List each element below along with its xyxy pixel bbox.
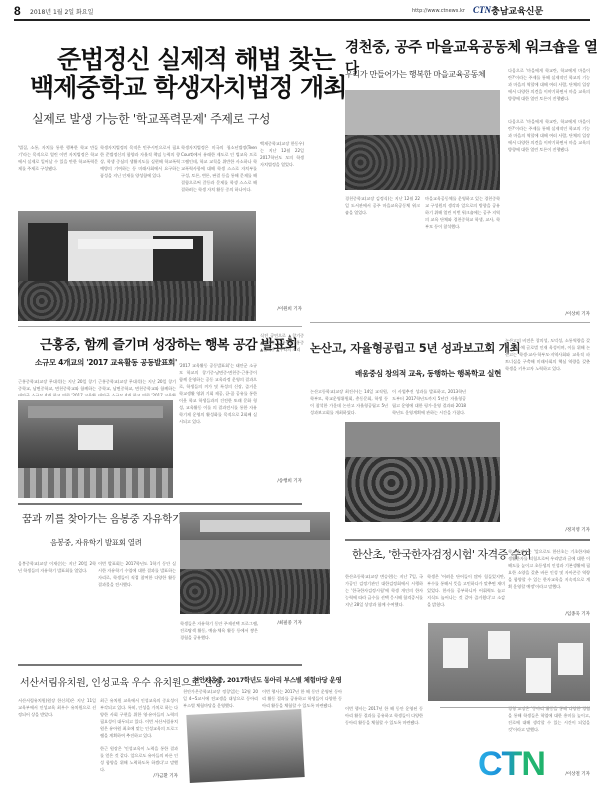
article-gyeongcheon-body-col-right: 다음으로 '마을에게 학교란, 학교에게 마을이란?'이라는 주제를 통해 실제… — [508, 67, 590, 115]
article-geunhong-photo — [18, 400, 173, 498]
article-cheonan-body-col2: 이번 행사는 2017년 한 해 동안 운영된 동아리 활동 결과를 공유하고 … — [262, 688, 342, 778]
article-seosan-byline: /가금환 기자 — [130, 773, 178, 779]
article-gyeongcheon-byline: /이상희 기자 — [540, 311, 590, 317]
article-baekje-byline: /이원희 기자 — [258, 306, 302, 312]
article-seosan-body-col1: 서산서림유치원(원장 한신희)은 지난 11일 교육부에서 인성교육 최우수 유… — [18, 697, 96, 777]
article-gyeongcheon-body-col3: 다음으로 '마을에게 학교란, 학교에게 마을이란?'이라는 주제를 통해 실제… — [508, 118, 590, 298]
article-nonsan-photo — [345, 422, 500, 522]
article-hansan-body-col2: 학생은 '어려운 단어들이 많아 힘들었지만, 부수를 통해서 뜻을 고민하다가… — [427, 573, 505, 628]
article-baekje-photo — [18, 211, 256, 321]
section-rule — [440, 707, 590, 708]
section-rule — [18, 326, 302, 327]
article-eumbong-photo — [180, 512, 330, 614]
article-baekje-body-col3: 학생자치법정은 미국의 청소년법정(Teen Court)에서 유래한 제도로 … — [181, 144, 257, 214]
site-url[interactable]: http://www.ctnews.kr — [412, 8, 465, 14]
article-geunhong-body-col4: 식전 공연으로 ▲창기중 ▲남면중, 근홍중, 근홍중 ▲관악부 ▲우리의 소리 — [260, 332, 304, 492]
article-hansan-byline: /임종욱 기자 — [540, 611, 590, 617]
paper-name: 충남교육신문 — [491, 4, 543, 17]
article-cheonan-body-col3: 이번 행사는 2017년 한 해 동안 운영된 동아리 활동 결과를 공유하고 … — [345, 705, 423, 770]
article-nonsan-headline: 논산고, 자율형공립고 5년 성과보고회 개최 — [310, 340, 520, 356]
section-rule — [18, 503, 302, 505]
article-cheonan-headline: 천안가온중, 2017학년도 동아리 부스별 체험마당 운영 — [193, 675, 341, 684]
article-geunhong-headline: 근홍중, 함께 즐기며 성장하는 행복 공감 발표회 — [40, 334, 297, 353]
article-eumbong-headline: 꿈과 끼를 찾아가는 음봉중 자유학기 발표 — [22, 511, 205, 526]
issue-date: 2018년 1월 2일 화요일 — [30, 7, 93, 16]
article-cheonan-body-col4: 경청 교장은 '동아리 활동을 통해 다양한 경험을 통해 학생들은 학업에 대… — [508, 705, 590, 745]
ctn-brand-logo: CTN — [478, 745, 545, 784]
article-eumbong-body-col3: 학생들은 자유학기 동안 주제선택 프로그램, 진로탐색 활동, 예술·체육 활… — [180, 620, 258, 648]
header-rule — [14, 19, 590, 21]
article-gyeongcheon-photo — [345, 90, 500, 190]
article-eumbong-byline: /최필중 기자 — [258, 620, 302, 626]
article-geunhong-body-col3: '2017 교육활동 공동발표회'는 태안군 소규모 학교의 창기중·남면중·면… — [179, 362, 257, 498]
article-cheonan-body-col1: 천안가온중학교(교장 정창일)는 12월 20일 4~5교시에 전교생을 대상으… — [183, 688, 258, 708]
article-eumbong-subhead: 음봉중, 자유학기 발표회 열려 — [50, 537, 142, 548]
article-eumbong-body-col2: 이번 발표회는 2017학년도 1학기 동안 실시한 자유학기 수업에 대한 결… — [98, 560, 176, 645]
article-nonsan-body-col3: 논산고의 비전은 창의성, 도덕성, 소통역량을 갖춘 지·덕·체 글로벌 인재… — [505, 337, 590, 497]
article-seosan-body-col2b: 한근 원장은 '인성교육이 노력을 통한 결과를 얻은 것 같다. 앞으로도 유… — [100, 745, 178, 775]
article-baekje-body-col4: 백제중학교(교장 한동우)는 지난 12월 22일 2017학년도 모의 학생자… — [260, 140, 304, 320]
section-rule — [18, 664, 302, 666]
article-baekje-subhead: 실제로 발생 가능한 '학교폭력문제' 주제로 구성 — [32, 110, 270, 127]
article-geunhong-subhead: 소규모 4개교의 '2017 교육활동 공동발표회' — [35, 357, 177, 368]
article-seosan-headline: 서산서림유치원, 인성교육 우수 유치원으로 선정 — [20, 674, 222, 689]
brand-logo-small: CTN — [473, 5, 491, 15]
article-baekje-body-col2: 학생자치법정의 목적은 민주시민으로서 필요한 준법정신의 함양과 자율적 책임… — [100, 144, 180, 214]
article-hansan-photo — [428, 623, 590, 701]
page-number: 8 — [14, 4, 21, 18]
article-geunhong-body-col1: 근홍중학교(교장 무대석)는 지난 20일 창기중학교, 남면중학교, 면천중학… — [18, 378, 96, 396]
article-hansan-body-col1: 한산초등학교(교장 변승현)는 지난 7일, 국가공인 검정기관인 대한검정회에… — [345, 573, 423, 703]
section-rule — [345, 539, 590, 541]
article-hansan-body-col3: 학교관계자는 '앞으로도 한산초는 기초한자와 생활한자를 익힘으로써 우리말과… — [508, 548, 590, 618]
article-gyeongcheon-subhead: 우리가 만들어가는 행복한 마을교육공동체 — [345, 69, 485, 80]
section-rule — [310, 322, 590, 323]
article-baekje-headline-2: 백제중학교 학생자치법정 개최 — [30, 68, 346, 104]
article-geunhong-body-col2: 근홍중학교(교장 무대석)는 지난 20일 창기중학교, 남면중학교, 면천중학… — [98, 378, 176, 396]
article-hansan-headline: 한산초, '한국한자검정시험' 자격증 수여 — [352, 546, 531, 562]
article-baekje-body-col1: '법질, 소통, 자치를 통한 행복한 학교 만들기'라는 목적으로 열린 이번… — [18, 144, 98, 214]
article-nonsan-byline: /정지영 기자 — [540, 527, 590, 533]
article-nonsan-subhead: 배움중심 창의적 교육, 동행하는 행복학교 실현 — [355, 368, 501, 379]
article-geunhong-byline: /송행희 기자 — [258, 478, 302, 484]
article-gyeongcheon-body-col1: 경천중학교(교장 김정식)는 지난 12월 22일 도서관에서 공주 마을교육공… — [345, 195, 420, 285]
article-eumbong-body-col1: 음봉중학교(교장 이재순)는 지난 20일 2학년 학생들의 자유학기 발표회를… — [18, 560, 96, 645]
article-gyeongcheon-body-col2: 마을교육공동체를 운영하고 있는 경천중학교 구성원의 생각과 앞으로의 방향을… — [425, 195, 500, 285]
article-cheonan-byline: /이상철 기자 — [540, 771, 590, 777]
